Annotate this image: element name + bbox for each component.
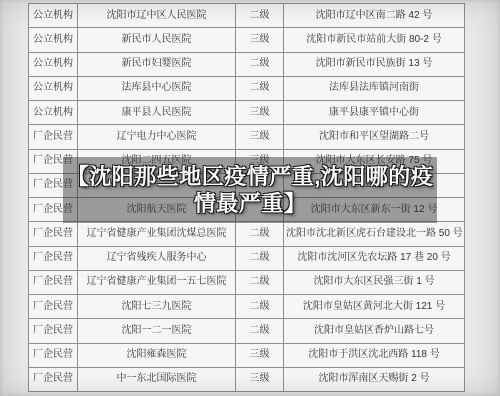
cell-hospital-name: 新民市人民医院 <box>78 28 236 52</box>
cell-level: 三级 <box>236 343 284 367</box>
cell-category: 厂企民营 <box>29 246 78 270</box>
cell-category: 厂企民营 <box>29 222 78 246</box>
cell-address: 沈阳市于洪区沈北西路 118 号 <box>284 343 465 367</box>
cell-category: 公立机构 <box>29 28 78 52</box>
table-row: 公立机构 法库县中心医院 二级 法库县法库镇河南街 <box>29 76 465 100</box>
table-row: 厂企民营 辽宁电力中心医院 三级 沈阳市和平区望湖路二号 <box>29 125 465 149</box>
cell-hospital-name: 中一东北国际医院 <box>78 367 236 391</box>
table-row: 公立机构 康平县人民医院 三级 康平县康平镇中心街 <box>29 101 465 125</box>
cell-level: 二级 <box>236 295 284 319</box>
cell-level: 三级 <box>236 367 284 391</box>
cell-category: 厂企民营 <box>29 367 78 391</box>
table-row: 公立机构 沈阳市辽中区人民医院 二级 沈阳市辽中区南二路 42 号 <box>29 4 465 28</box>
cell-hospital-name: 辽宁电力中心医院 <box>78 125 236 149</box>
cell-category: 厂企民营 <box>29 295 78 319</box>
cell-category: 厂企民营 <box>29 319 78 343</box>
cell-address: 沈阳市浑南区天赐街 2 号 <box>284 367 465 391</box>
page: 公立机构 沈阳市辽中区人民医院 二级 沈阳市辽中区南二路 42 号 公立机构 新… <box>0 0 500 396</box>
cell-level: 二级 <box>236 4 284 28</box>
table-row: 厂企民营 辽宁省健康产业集团沈煤总医院 二级 沈阳市沈北新区虎石台建设北一路 5… <box>29 222 465 246</box>
table-row: 公立机构 新民市人民医院 三级 沈阳市新民市站前大街 80-2 号 <box>29 28 465 52</box>
cell-level: 三级 <box>236 125 284 149</box>
cell-category: 公立机构 <box>29 101 78 125</box>
table-row: 厂企民营 辽宁省残疾人服务中心 二级 沈阳市沈河区先农坛路 17 巷 20 号 <box>29 246 465 270</box>
cell-category: 厂企民营 <box>29 125 78 149</box>
cell-address: 沈阳市和平区望湖路二号 <box>284 125 465 149</box>
cell-hospital-name: 沈阳市辽中区人民医院 <box>78 4 236 28</box>
cell-address: 沈阳市新民市站前大街 80-2 号 <box>284 28 465 52</box>
cell-category: 公立机构 <box>29 52 78 76</box>
cell-hospital-name: 沈阳雍森医院 <box>78 343 236 367</box>
cell-hospital-name: 辽宁省残疾人服务中心 <box>78 246 236 270</box>
cell-hospital-name: 新民市妇婴医院 <box>78 52 236 76</box>
cell-hospital-name: 沈阳一二一医院 <box>78 319 236 343</box>
cell-level: 二级 <box>236 246 284 270</box>
cell-level: 三级 <box>236 101 284 125</box>
table-row: 厂企民营 沈阳雍森医院 三级 沈阳市于洪区沈北西路 118 号 <box>29 343 465 367</box>
cell-address: 沈阳市皇姑区黄河北大街 121 号 <box>284 295 465 319</box>
cell-address: 沈阳市辽中区南二路 42 号 <box>284 4 465 28</box>
cell-hospital-name: 康平县人民医院 <box>78 101 236 125</box>
cell-level: 三级 <box>236 28 284 52</box>
cell-hospital-name: 辽宁省健康产业集团沈煤总医院 <box>78 222 236 246</box>
headline-overlay: 【沈阳那些地区疫情严重,沈阳哪的疫 情最严重】 <box>63 157 437 223</box>
cell-address: 沈阳市沈北新区虎石台建设北一路 50 号 <box>284 222 465 246</box>
cell-category: 公立机构 <box>29 4 78 28</box>
cell-address: 法库县法库镇河南街 <box>284 76 465 100</box>
headline-line-2: 情最严重】 <box>194 190 307 217</box>
cell-category: 厂企民营 <box>29 343 78 367</box>
cell-hospital-name: 沈阳七三九医院 <box>78 295 236 319</box>
cell-hospital-name: 辽宁省健康产业集团一五七医院 <box>78 270 236 294</box>
cell-address: 沈阳市大东区民强三街 1 号 <box>284 270 465 294</box>
cell-address: 沈阳市沈河区先农坛路 17 巷 20 号 <box>284 246 465 270</box>
cell-level: 二级 <box>236 319 284 343</box>
table-row: 厂企民营 沈阳七三九医院 二级 沈阳市皇姑区黄河北大街 121 号 <box>29 295 465 319</box>
cell-level: 二级 <box>236 76 284 100</box>
cell-category: 厂企民营 <box>29 270 78 294</box>
table-row: 公立机构 新民市妇婴医院 二级 沈阳市新民市民族街 13 号 <box>29 52 465 76</box>
cell-address: 沈阳市新民市民族街 13 号 <box>284 52 465 76</box>
cell-category: 公立机构 <box>29 76 78 100</box>
headline-line-1: 【沈阳那些地区疫情严重,沈阳哪的疫 <box>67 163 434 190</box>
cell-address: 康平县康平镇中心街 <box>284 101 465 125</box>
table-row: 厂企民营 辽宁省健康产业集团一五七医院 二级 沈阳市大东区民强三街 1 号 <box>29 270 465 294</box>
table-row: 厂企民营 中一东北国际医院 三级 沈阳市浑南区天赐街 2 号 <box>29 367 465 391</box>
cell-address: 沈阳市皇姑区香炉山路七号 <box>284 319 465 343</box>
cell-level: 二级 <box>236 270 284 294</box>
cell-level: 二级 <box>236 52 284 76</box>
cell-hospital-name: 法库县中心医院 <box>78 76 236 100</box>
cell-level: 二级 <box>236 222 284 246</box>
table-row: 厂企民营 沈阳一二一医院 二级 沈阳市皇姑区香炉山路七号 <box>29 319 465 343</box>
